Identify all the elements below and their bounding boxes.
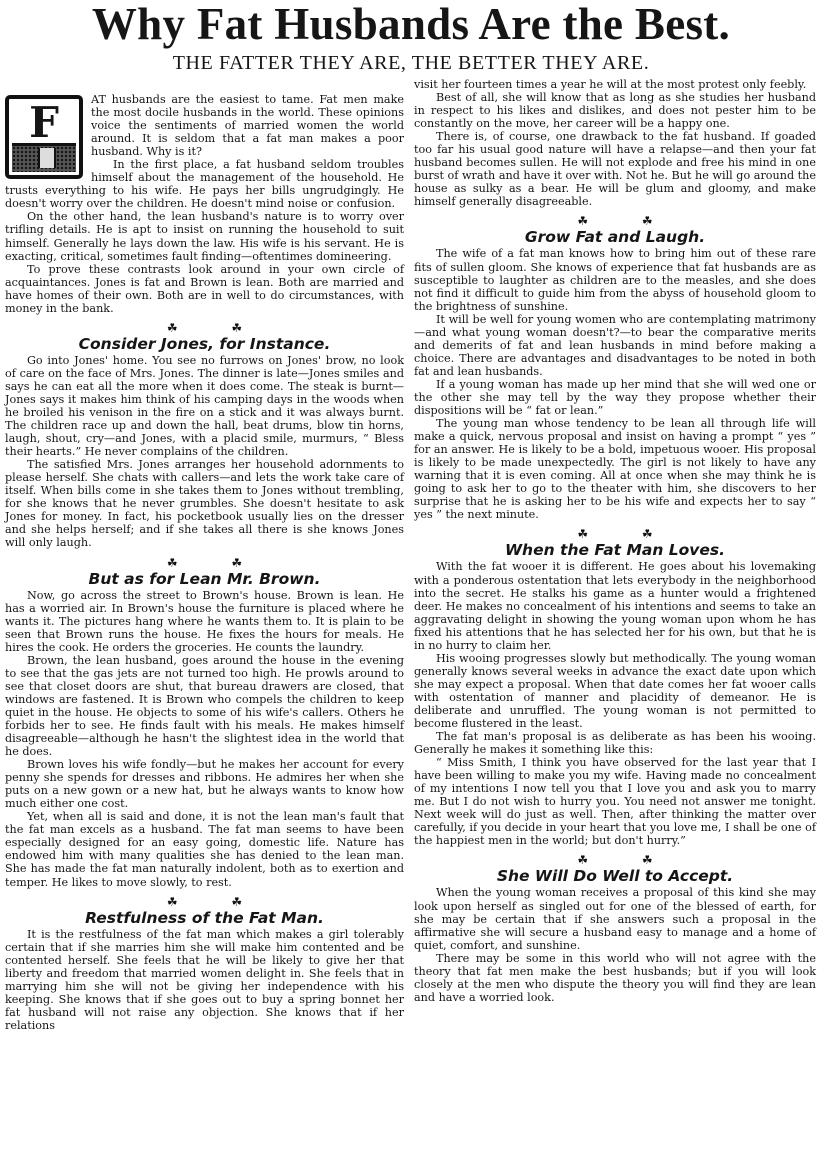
fleuron-ornament-icon: ☘ ☘	[414, 853, 816, 868]
right-column: visit her fourteen times a year he will …	[414, 78, 816, 1004]
drop-cap-letter: F	[9, 101, 79, 145]
headline: Why Fat Husbands Are the Best.	[0, 1, 822, 47]
intro-paragraph: To prove these contrasts look around in …	[5, 263, 404, 315]
paragraph: The fat man's proposal is as deliberate …	[414, 730, 816, 756]
continuation-block: visit her fourteen times a year he will …	[414, 78, 816, 208]
section-grow-fat-and-laugh: ☘ ☘ Grow Fat and Laugh. The wife of a fa…	[414, 214, 816, 521]
left-column: F AT husbands are the easiest to tame. F…	[5, 93, 404, 1032]
section-she-will-do-well: ☘ ☘ She Will Do Well to Accept. When the…	[414, 853, 816, 1003]
intro-paragraph: On the other hand, the lean husband's na…	[5, 210, 404, 262]
paragraph: It will be well for young women who are …	[414, 313, 816, 378]
section-title: Consider Jones, for Instance.	[5, 336, 404, 353]
paragraph: There may be some in this world who will…	[414, 952, 816, 1004]
section-consider-jones: ☘ ☘ Consider Jones, for Instance. Go int…	[5, 321, 404, 550]
section-title: Grow Fat and Laugh.	[414, 229, 816, 246]
intro-block: F AT husbands are the easiest to tame. F…	[5, 93, 404, 315]
paragraph: Go into Jones' home. You see no furrows …	[5, 354, 404, 458]
paragraph: Yet, when all is said and done, it is no…	[5, 810, 404, 888]
paragraph: There is, of course, one drawback to the…	[414, 130, 816, 208]
paragraph: The wife of a fat man knows how to bring…	[414, 247, 816, 312]
paragraph: With the fat wooer it is different. He g…	[414, 560, 816, 651]
paragraph: Brown loves his wife fondly—but he makes…	[5, 758, 404, 810]
section-title: But as for Lean Mr. Brown.	[5, 571, 404, 588]
fleuron-ornament-icon: ☘ ☘	[414, 214, 816, 229]
fleuron-ornament-icon: ☘ ☘	[414, 527, 816, 542]
paragraph: The satisfied Mrs. Jones arranges her ho…	[5, 458, 404, 549]
fleuron-ornament-icon: ☘ ☘	[5, 321, 404, 336]
subheadline: THE FATTER THEY ARE, THE BETTER THEY ARE…	[0, 52, 822, 74]
quoted-proposal: “ Miss Smith, I think you have observed …	[414, 756, 816, 847]
fleuron-ornament-icon: ☘ ☘	[5, 895, 404, 910]
fleuron-ornament-icon: ☘ ☘	[5, 556, 404, 571]
section-restfulness: ☘ ☘ Restfulness of the Fat Man. It is th…	[5, 895, 404, 1032]
paragraph: Now, go across the street to Brown's hou…	[5, 589, 404, 654]
section-lean-mr-brown: ☘ ☘ But as for Lean Mr. Brown. Now, go a…	[5, 556, 404, 889]
paragraph: His wooing progresses slowly but methodi…	[414, 652, 816, 730]
section-title: Restfulness of the Fat Man.	[5, 910, 404, 927]
section-when-fat-man-loves: ☘ ☘ When the Fat Man Loves. With the fat…	[414, 527, 816, 847]
paragraph: If a young woman has made up her mind th…	[414, 378, 816, 417]
paragraph: visit her fourteen times a year he will …	[414, 78, 816, 91]
paragraph: It is the restfulness of the fat man whi…	[5, 928, 404, 1032]
section-title: When the Fat Man Loves.	[414, 542, 816, 559]
drop-cap-initial: F	[5, 95, 83, 179]
paragraph: Best of all, she will know that as long …	[414, 91, 816, 130]
drop-cap-ornament-icon	[12, 143, 76, 172]
paragraph: When the young woman receives a proposal…	[414, 886, 816, 951]
paragraph: Brown, the lean husband, goes around the…	[5, 654, 404, 758]
section-title: She Will Do Well to Accept.	[414, 868, 816, 885]
paragraph: The young man whose tendency to be lean …	[414, 417, 816, 521]
